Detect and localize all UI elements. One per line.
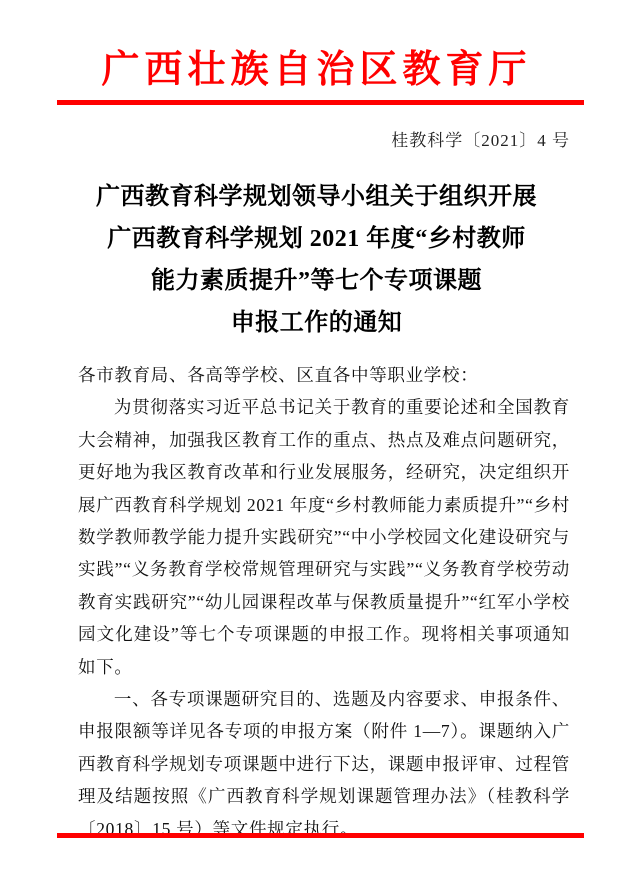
footer-divider	[57, 833, 584, 838]
document-number: 桂教科学〔2021〕4 号	[391, 126, 570, 151]
notice-title-line: 广西教育科学规划 2021 年度“乡村教师	[30, 218, 603, 260]
notice-title-line: 申报工作的通知	[30, 302, 603, 344]
body-paragraph: 一、各专项课题研究目的、选题及内容要求、申报条件、申报限额等详见各专项的申报方案…	[78, 683, 570, 845]
notice-title-line: 能力素质提升”等七个专项课题	[30, 260, 603, 302]
notice-title: 广西教育科学规划领导小组关于组织开展广西教育科学规划 2021 年度“乡村教师能…	[30, 176, 603, 344]
letterhead-title: 广西壮族自治区教育厅	[0, 46, 633, 95]
notice-body: 各市教育局、各高等学校、区直各中等职业学校：为贯彻落实习近平总书记关于教育的重要…	[78, 359, 570, 845]
body-paragraph: 各市教育局、各高等学校、区直各中等职业学校：	[78, 359, 570, 391]
body-paragraph: 为贯彻落实习近平总书记关于教育的重要论述和全国教育大会精神，加强我区教育工作的重…	[78, 391, 570, 683]
header-divider	[57, 100, 584, 105]
notice-title-line: 广西教育科学规划领导小组关于组织开展	[30, 176, 603, 218]
document-page: 广西壮族自治区教育厅 桂教科学〔2021〕4 号 广西教育科学规划领导小组关于组…	[0, 0, 633, 886]
